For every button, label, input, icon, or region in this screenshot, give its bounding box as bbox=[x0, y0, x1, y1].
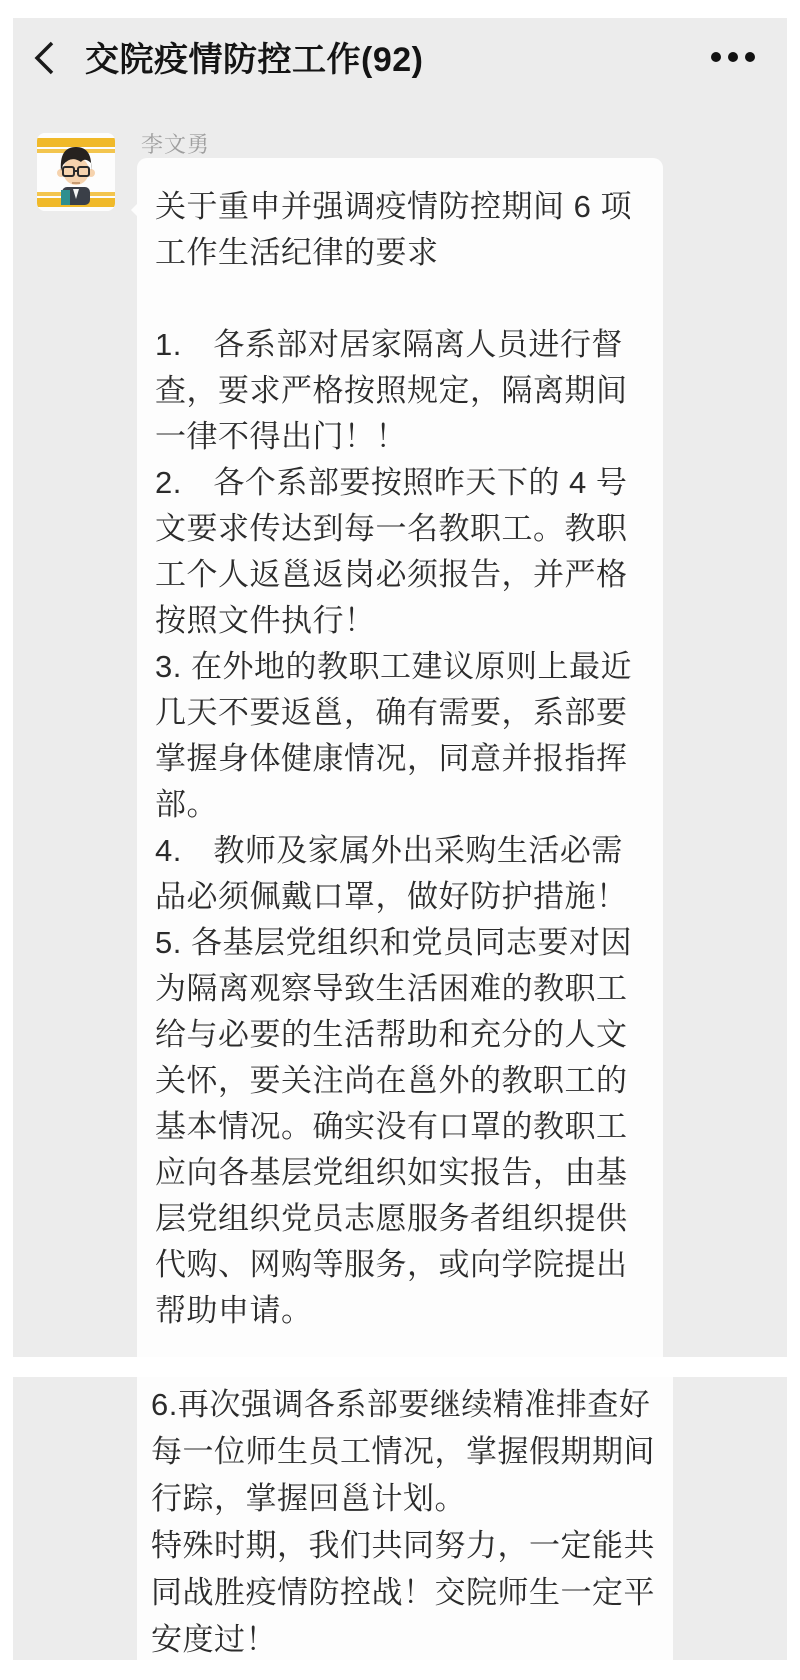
cartoon-man-glasses-avatar-icon bbox=[37, 133, 115, 211]
stitch-seam bbox=[0, 1357, 800, 1377]
sender-name: 李文勇 bbox=[141, 128, 210, 159]
sender-avatar[interactable] bbox=[37, 133, 115, 211]
chat-panel-top: 交院疫情防控工作(92) bbox=[13, 18, 787, 1357]
message-text-2: 6.再次强调各系部要继续精准排查好每一位师生员工情况，掌握假期期间行踪，掌握回邕… bbox=[137, 1377, 673, 1673]
message-bubble-1[interactable]: 关于重申并强调疫情防控期间 6 项工作生活纪律的要求 1. 各系部对居家隔离人员… bbox=[137, 158, 663, 1357]
chat-background-left bbox=[13, 1377, 137, 1660]
message-text-1: 关于重申并强调疫情防控期间 6 项工作生活纪律的要求 1. 各系部对居家隔离人员… bbox=[137, 158, 663, 1354]
chat-screenshot: 交院疫情防控工作(92) bbox=[0, 0, 800, 1680]
more-dot bbox=[728, 52, 738, 62]
more-menu-icon[interactable] bbox=[711, 18, 755, 95]
chat-panel-bottom: 6.再次强调各系部要继续精准排查好每一位师生员工情况，掌握假期期间行踪，掌握回邕… bbox=[13, 1377, 787, 1660]
more-dot bbox=[745, 52, 755, 62]
more-dot bbox=[711, 52, 721, 62]
chat-title: 交院疫情防控工作(92) bbox=[85, 18, 423, 95]
chat-background-right bbox=[673, 1377, 787, 1660]
back-icon[interactable] bbox=[31, 40, 57, 76]
message-bubble-2[interactable]: 6.再次强调各系部要继续精准排查好每一位师生员工情况，掌握假期期间行踪，掌握回邕… bbox=[137, 1377, 673, 1660]
title-bar: 交院疫情防控工作(92) bbox=[13, 18, 787, 95]
